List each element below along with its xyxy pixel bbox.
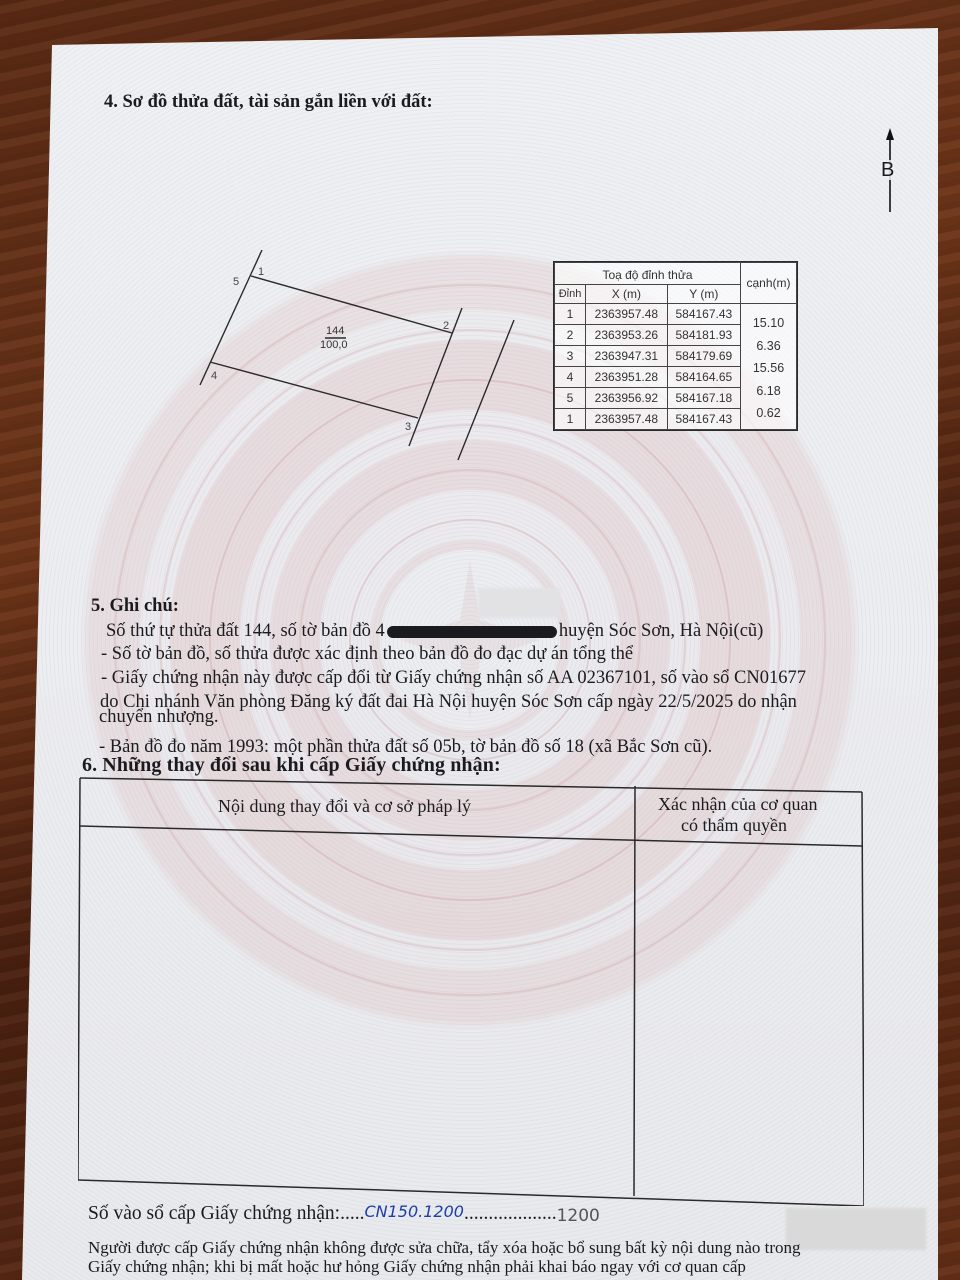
parcel-area: 100,0 [320, 339, 348, 351]
vertex-cell: 1 [555, 409, 586, 430]
vertex-label-4: 4 [211, 370, 217, 382]
edge-lengths-cell: 15.10 6.36 15.56 6.18 0.62 [741, 304, 797, 430]
x-cell: 2363957.48 [586, 304, 668, 325]
section-6-title: 6. Những thay đổi sau khi cấp Giấy chứng… [82, 754, 501, 777]
vertex-cell: 2 [555, 325, 586, 346]
vertex-cell: 1 [555, 304, 586, 325]
vertex-label-3: 3 [405, 421, 411, 433]
note-line-3: - Giấy chứng nhận này được cấp đổi từ Gi… [101, 668, 806, 689]
vertex-cell: 3 [555, 346, 586, 367]
footer-line-2: Giấy chứng nhận; khi bị mất hoặc hư hỏng… [88, 1257, 746, 1277]
coordinate-table-title: Toạ độ đỉnh thửa [555, 263, 741, 285]
vertex-header: Đỉnh [555, 284, 586, 304]
parcel-number: 144 [326, 325, 344, 337]
x-cell: 2363957.48 [586, 409, 668, 430]
y-cell: 584179.69 [667, 346, 740, 367]
registry-dots: ................... [464, 1203, 557, 1224]
x-cell: 2363951.28 [586, 367, 668, 388]
redaction-patch [478, 588, 560, 618]
footer-line-1: Người được cấp Giấy chứng nhận không đượ… [88, 1238, 801, 1258]
vertex-label-1: 1 [258, 266, 264, 278]
changes-column-authority-header-line2: có thẩm quyền [681, 815, 787, 836]
y-cell: 584181.93 [667, 325, 740, 346]
edge-5-1: 0.62 [741, 406, 796, 420]
y-header: Y (m) [667, 284, 740, 304]
registry-handwritten-value: CN150.1200 [364, 1202, 463, 1221]
edge-4-5: 6.18 [741, 384, 796, 398]
note-line-5: chuyển nhượng. [99, 707, 218, 728]
registry-label: Số vào sổ cấp Giấy chứng nhận:.....CN150… [88, 1203, 600, 1225]
note-line-1: Số thứ tự thửa đất 144, số tờ bản đồ 4hu… [106, 621, 763, 642]
note-line-2: - Số tờ bản đồ, số thửa được xác định th… [101, 644, 633, 665]
redaction-patch [786, 1208, 926, 1250]
edge-1-2: 15.10 [741, 316, 796, 330]
x-cell: 2363953.26 [586, 325, 668, 346]
vertex-label-5: 5 [233, 276, 239, 288]
y-cell: 584164.65 [667, 367, 740, 388]
edge-2-3: 6.36 [741, 339, 796, 353]
vertex-cell: 4 [555, 367, 586, 388]
note-line-1-start: Số thứ tự thửa đất 144, số tờ bản đồ 4 [106, 621, 385, 641]
registry-label-text: Số vào sổ cấp Giấy chứng nhận: [88, 1203, 340, 1224]
registry-dots: ..... [340, 1203, 364, 1224]
changes-column-authority-header-line1: Xác nhận của cơ quan [658, 794, 817, 815]
redacted-text [387, 626, 557, 638]
x-header: X (m) [586, 284, 668, 304]
y-cell: 584167.43 [667, 304, 740, 325]
y-cell: 584167.18 [667, 388, 740, 409]
coordinate-table: Toạ độ đỉnh thửa cạnh(m) Đỉnh X (m) Y (m… [553, 261, 798, 431]
edge-3-4: 15.56 [741, 361, 796, 375]
x-cell: 2363947.31 [586, 346, 668, 367]
note-line-1-end: huyện Sóc Sơn, Hà Nội(cũ) [559, 621, 764, 641]
y-cell: 584167.43 [667, 409, 740, 430]
edge-header: cạnh(m) [741, 263, 797, 304]
vertex-cell: 5 [555, 388, 586, 409]
section-5-title: 5. Ghi chú: [91, 596, 179, 617]
registry-handwritten-suffix: 1200 [557, 1206, 600, 1226]
vertex-label-2: 2 [443, 320, 449, 332]
table-row: 12363957.48584167.43 15.10 6.36 15.56 6.… [555, 304, 797, 325]
x-cell: 2363956.92 [586, 388, 668, 409]
changes-table [78, 776, 864, 1206]
changes-column-content-header: Nội dung thay đổi và cơ sở pháp lý [218, 796, 471, 817]
